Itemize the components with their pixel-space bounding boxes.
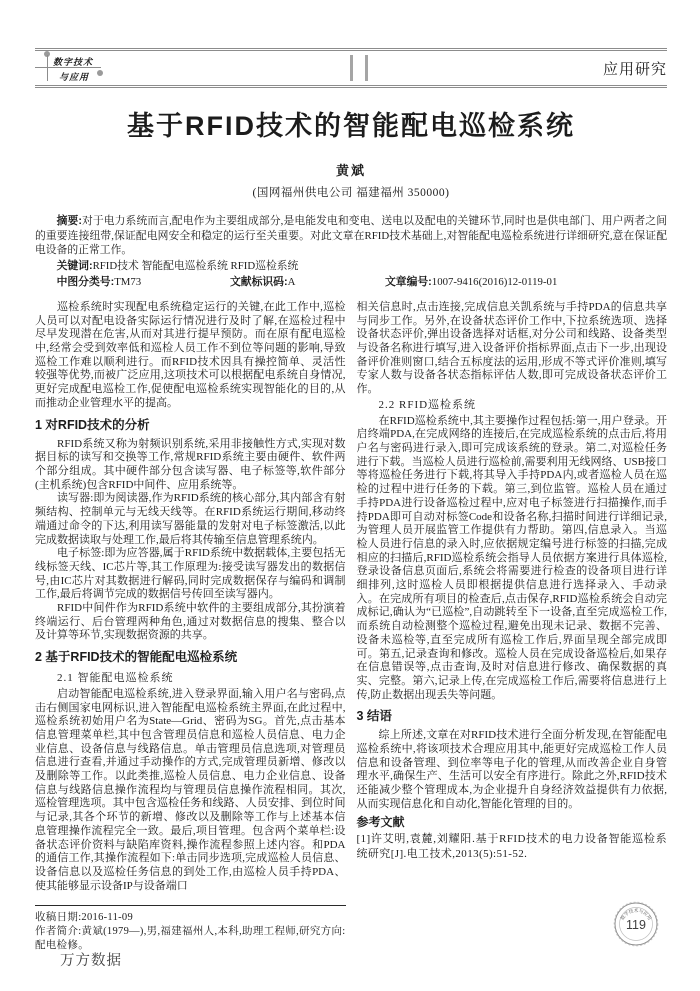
abstract-paragraph: 摘要:对于电力系统而言,配电作为主要组成部分,是电能发电和变电、送电以及配电的关… (35, 214, 667, 258)
logo-dot-icon (97, 70, 103, 76)
continuation-paragraph: 相关信息时,点击连接,完成信息关凯系统与手持PDA的信息共享与同步工作。另外,在… (357, 301, 668, 397)
clc-segment: 中图分类号:TM73 (35, 275, 230, 290)
section-2-heading: 2 基于RFID技术的智能配电巡检系统 (35, 650, 346, 665)
abstract-block: 摘要:对于电力系统而言,配电作为主要组成部分,是电能发电和变电、送电以及配电的关… (35, 214, 667, 290)
section-2-2-paragraph: 在RFID巡检系统中,其主要操作过程包括:第一,用户登录。开启终端PDA,在完成… (357, 415, 668, 703)
logo-vline (47, 55, 48, 81)
logo-text-bottom: 与应用 (59, 70, 89, 83)
article-id-label: 文章编号: (385, 276, 432, 288)
header-divider-bars (115, 55, 603, 81)
classification-line: 中图分类号:TM73 文献标识码:A 文章编号:1007-9416(2016)1… (35, 275, 667, 290)
section-2-1-subheading: 2.1 智能配电巡检系统 (35, 672, 346, 686)
doc-code-value: A (288, 276, 296, 288)
vertical-bar-icon (350, 55, 353, 81)
left-column: 巡检系统时实现配电系统稳定运行的关键,在此工作中,巡检人员可以对配电设备实际运行… (35, 301, 346, 953)
column-section-label: 应用研究 (603, 58, 667, 79)
journal-logo-icon: 数字技术 与应用 (35, 52, 115, 84)
doc-code-label: 文献标识码: (230, 276, 288, 288)
header-bottom-rule (35, 85, 667, 88)
conclusion-paragraph: 综上所述,文章在对RFID技术进行全面分析发现,在智能配电巡检系统中,将该项技术… (357, 729, 668, 811)
keywords-text: RFID技术 智能配电巡检系统 RFID巡检系统 (93, 260, 299, 272)
article-id-value: 1007-9416(2016)12-0119-01 (432, 276, 558, 288)
abstract-label: 摘要: (57, 215, 82, 227)
footnote-block: 收稿日期:2016-11-09 作者简介:黄斌(1979—),男,福建福州人,本… (35, 905, 346, 953)
author-bio-text: 黄斌(1979—),男,福建福州人,本科,助理工程师,研究方向:配电检修。 (35, 926, 346, 951)
paper-title: 基于RFID技术的智能配电巡检系统 (35, 104, 667, 143)
author-name: 黄斌 (35, 160, 667, 179)
section-2-1-paragraph: 启动智能配电巡检系统,进入登录界面,输入用户名与密码,点击右侧国家电网标识,进入… (35, 688, 346, 894)
journal-header: 数字技术 与应用 应用研究 (35, 51, 667, 85)
section-1-paragraph: 电子标签:即为应答器,属于RFID系统中数据载体,主要包括无线标签天线、IC芯片… (35, 547, 346, 602)
clc-label: 中图分类号: (57, 276, 115, 288)
section-1-paragraph: 读写器:即为阅读器,作为RFID系统的核心部分,其内部含有射频结构、控制单元与无… (35, 492, 346, 547)
section-3-heading: 3 结语 (357, 709, 668, 724)
received-date-label: 收稿日期: (35, 912, 81, 923)
section-1-paragraph: RFID系统又称为射频识别系统,采用非接触性方式,实现对数据目标的读写和交换等工… (35, 438, 346, 493)
logo-text-top: 数字技术 (53, 55, 93, 68)
right-column: 相关信息时,点击连接,完成信息关凯系统与手持PDA的信息共享与同步工作。另外,在… (357, 301, 668, 953)
page-number-badge: 数字技术与应用 119 (613, 901, 659, 947)
section-1-paragraph: RFID中间件作为RFID系统中软件的主要组成部分,其扮演着终端运行、后台管理两… (35, 602, 346, 643)
page-number: 119 (626, 918, 646, 932)
journal-page: 数字技术 与应用 应用研究 基于RFID技术的智能配电巡检系统 黄斌 (国网福州… (0, 0, 700, 991)
intro-paragraph: 巡检系统时实现配电系统稳定运行的关键,在此工作中,巡检人员可以对配电设备实际运行… (35, 301, 346, 411)
keywords-line: 关键词:RFID技术 智能配电巡检系统 RFID巡检系统 (35, 259, 667, 274)
wanfang-watermark: 万方数据 (60, 949, 122, 970)
received-date-value: 2016-11-09 (81, 912, 133, 923)
body-columns: 巡检系统时实现配电系统稳定运行的关键,在此工作中,巡检人员可以对配电设备实际运行… (35, 301, 667, 953)
received-date-line: 收稿日期:2016-11-09 (35, 911, 346, 925)
keywords-label: 关键词: (57, 260, 93, 272)
doc-code-segment: 文献标识码:A (230, 275, 385, 290)
clc-value: TM73 (114, 276, 141, 288)
section-2-2-subheading: 2.2 RFID巡检系统 (357, 399, 668, 413)
author-affiliation: (国网福州供电公司 福建福州 350000) (35, 184, 667, 200)
abstract-text: 对于电力系统而言,配电作为主要组成部分,是电能发电和变电、送电以及配电的关键环节… (35, 215, 667, 256)
references-heading: 参考文献 (357, 816, 668, 830)
vertical-bar-icon (365, 55, 368, 81)
author-bio-label: 作者简介: (35, 926, 81, 937)
article-id-segment: 文章编号:1007-9416(2016)12-0119-01 (385, 275, 557, 290)
section-1-heading: 1 对RFID技术的分析 (35, 418, 346, 433)
reference-item: [1]许艾明,袁麓,刘耀阳.基于RFID技术的电力设备智能巡检系统研究[J].电… (357, 832, 668, 861)
